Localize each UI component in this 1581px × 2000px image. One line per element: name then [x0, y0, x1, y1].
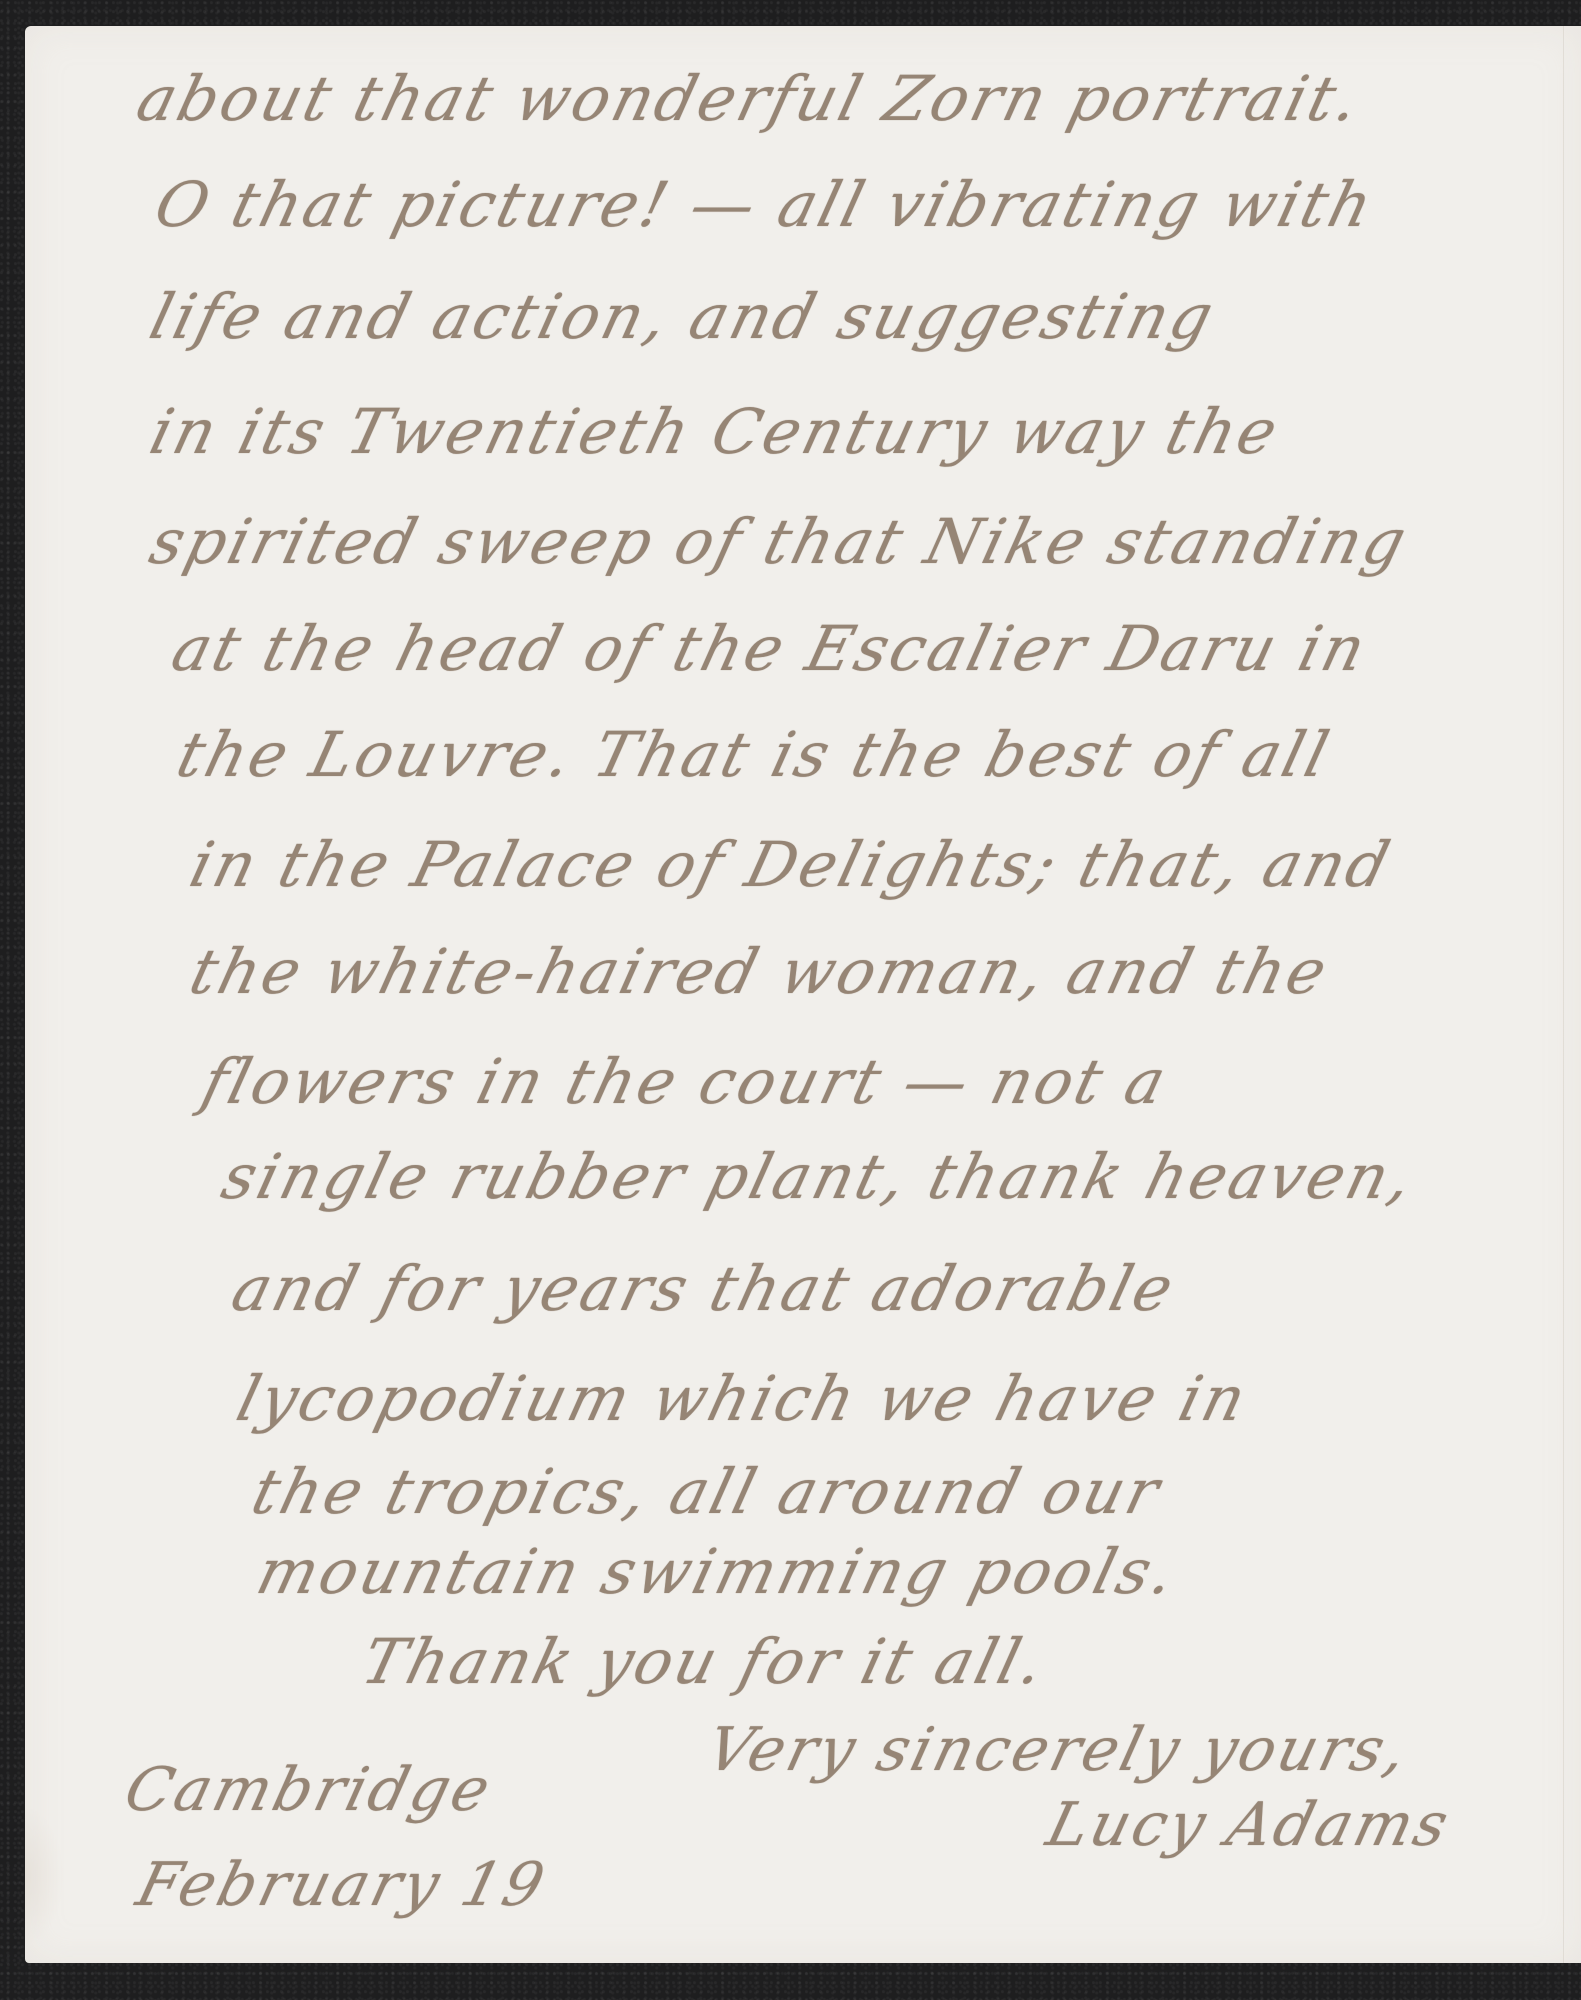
- letter-line-14: the tropics, all around our: [245, 1455, 1169, 1528]
- letter-line-8: in the Palace of Delights; that, and: [183, 828, 1399, 901]
- valediction: Very sincerely yours,: [700, 1715, 1417, 1785]
- letter-line-7: the Louvre. That is the best of all: [170, 718, 1339, 791]
- letter-line-13: lycopodium which we have in: [230, 1362, 1256, 1435]
- letter-line-10: flowers in the court — not a: [195, 1045, 1176, 1118]
- letter-line-9: the white-haired woman, and the: [183, 935, 1337, 1008]
- letter-line-4: in its Twentieth Century way the: [143, 395, 1287, 468]
- letter-line-15: mountain swimming pools.: [250, 1535, 1185, 1608]
- dateline-place: Cambridge: [118, 1755, 500, 1825]
- letter-line-12: and for years that adorable: [225, 1252, 1183, 1325]
- letter-line-3: life and action, and suggesting: [143, 280, 1223, 353]
- page-fold-line: [1563, 26, 1565, 1963]
- dateline-date: February 19: [130, 1850, 554, 1920]
- letter-line-16: Thank you for it all.: [355, 1625, 1054, 1698]
- letter-line-6: at the head of the Escalier Daru in: [165, 612, 1375, 685]
- letter-line-1: about that wonderful Zorn portrait.: [130, 62, 1369, 135]
- letter-line-5: spirited sweep of that Nike standing: [143, 505, 1416, 578]
- letter-line-11: single rubber plant, thank heaven,: [215, 1140, 1422, 1213]
- signature: Lucy Adams: [1040, 1790, 1458, 1860]
- letter-line-2: O that picture! — all vibrating with: [148, 168, 1382, 241]
